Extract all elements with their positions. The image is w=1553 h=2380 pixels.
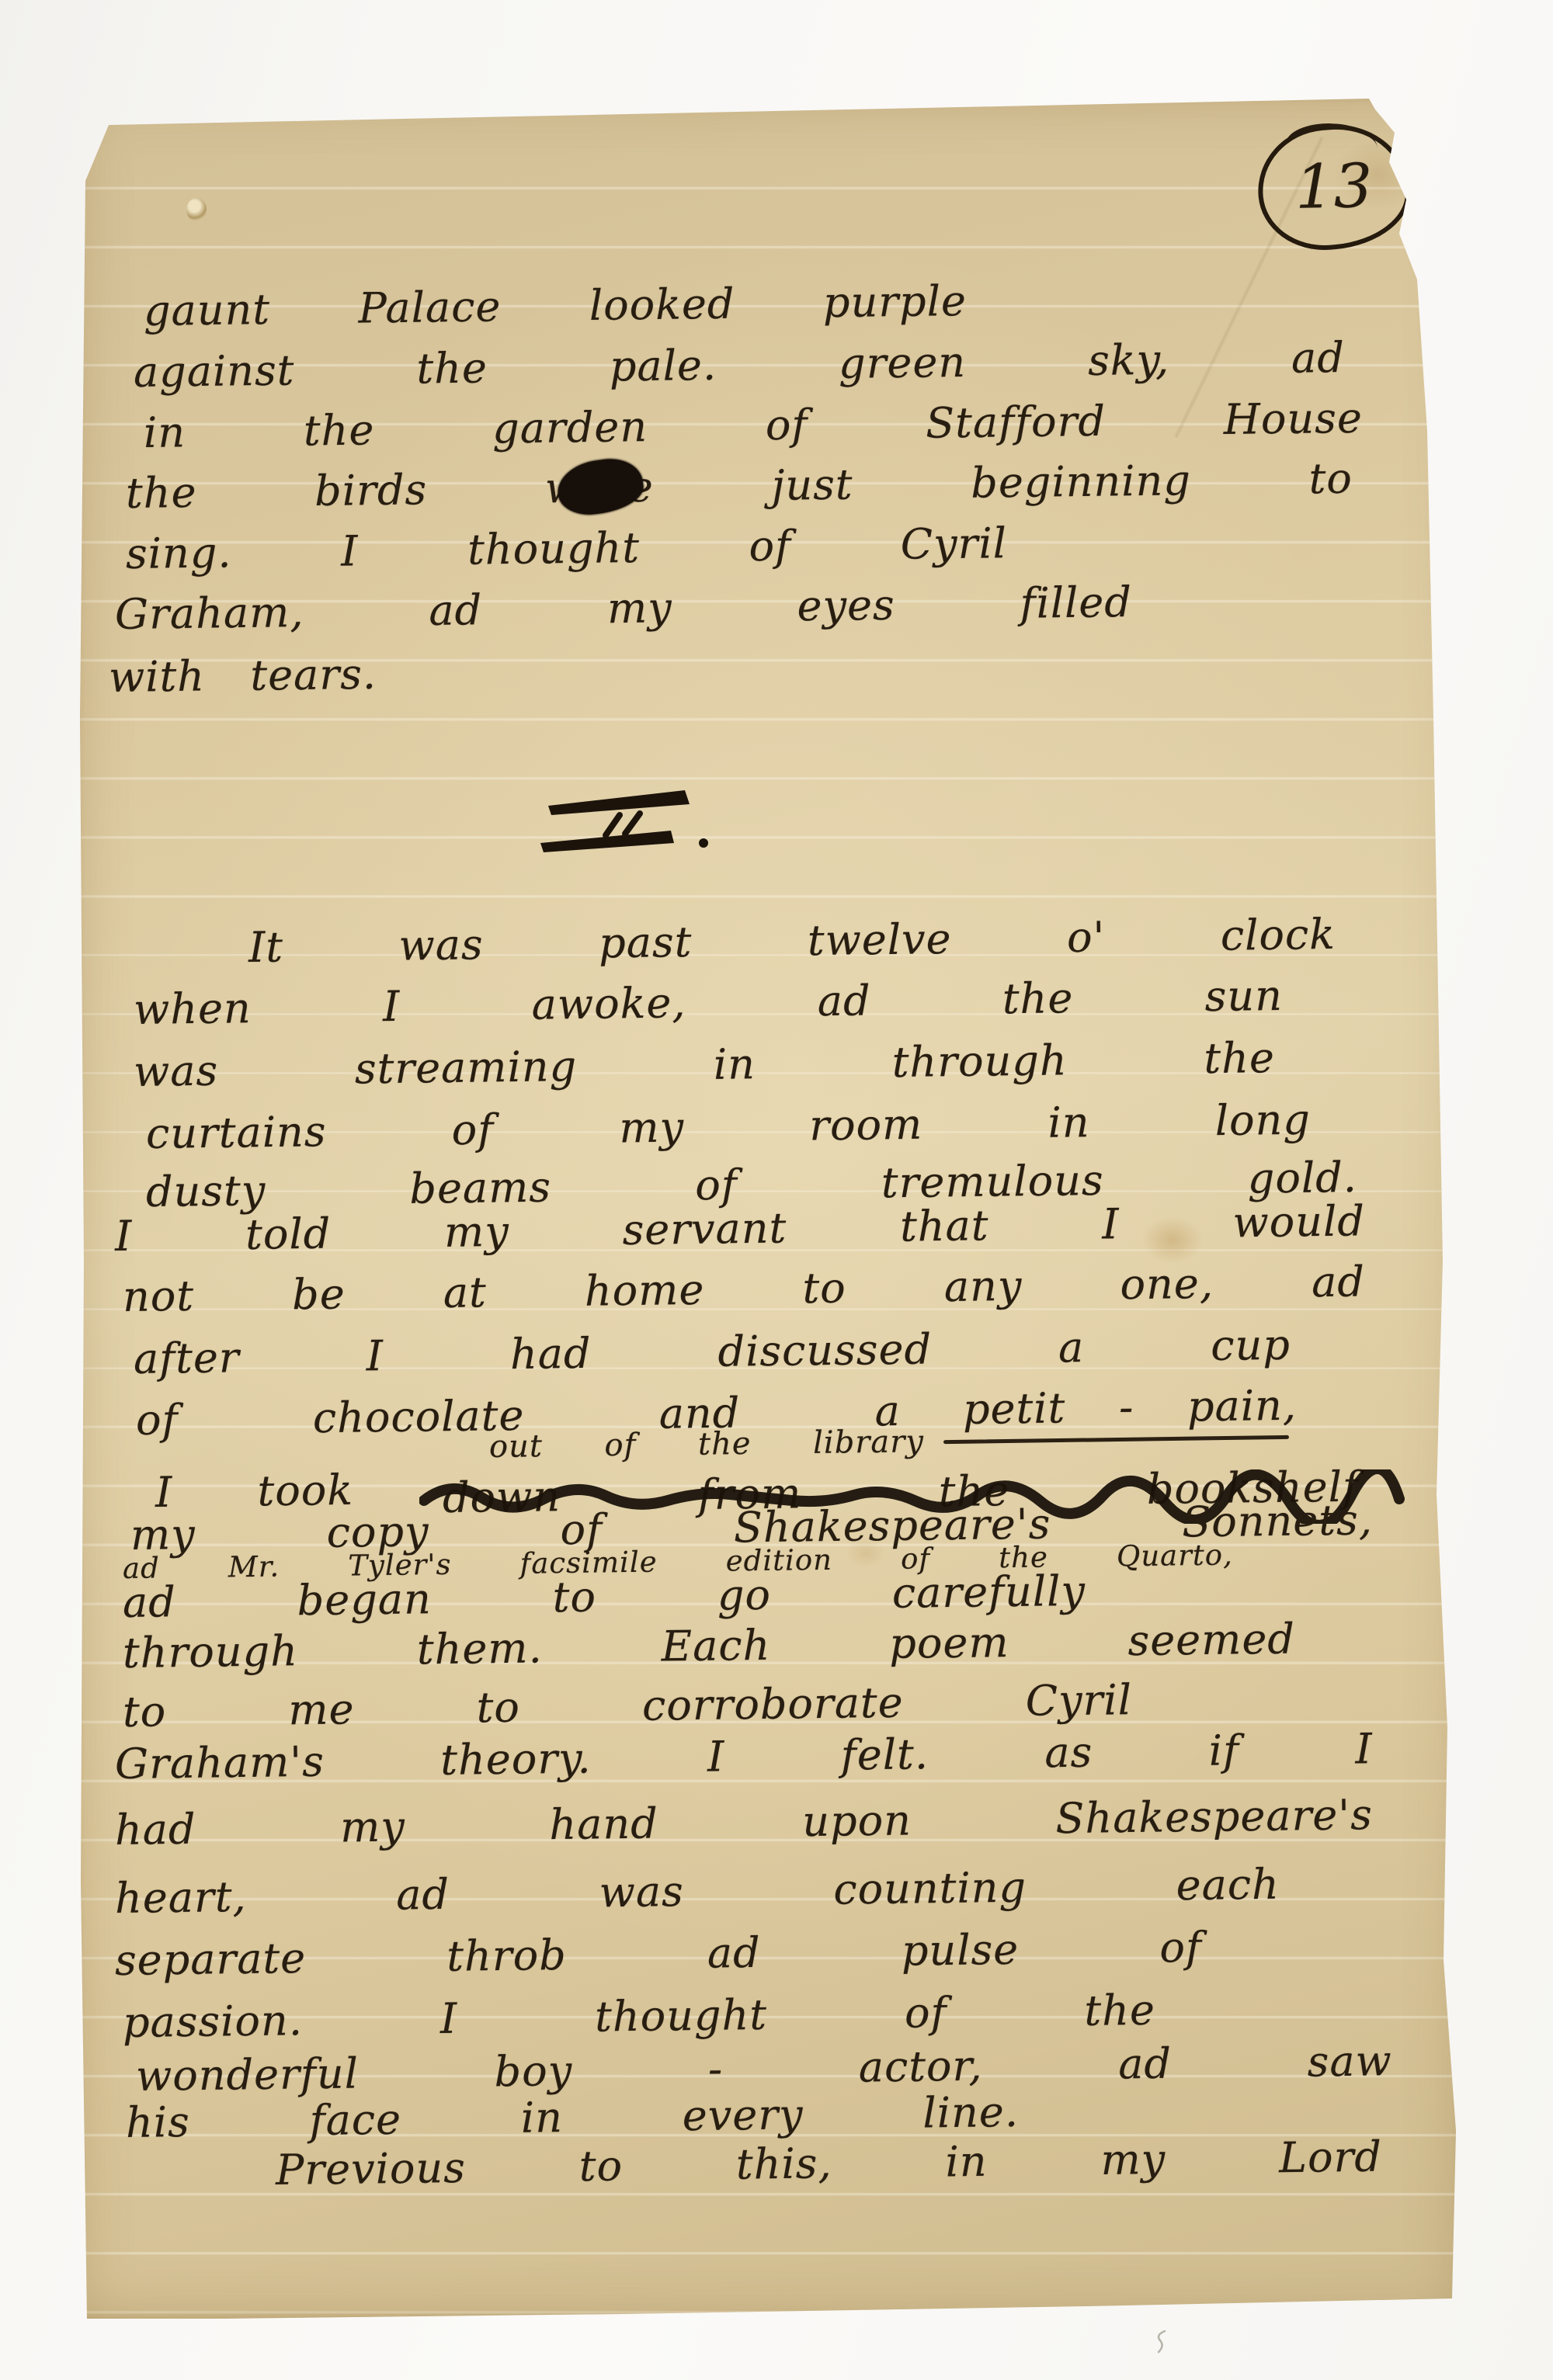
manuscript-line: sing.IthoughtofCyril	[126, 518, 1008, 580]
word: not	[123, 1271, 195, 1323]
word: of	[136, 1394, 179, 1446]
section-heading-strokes	[536, 786, 722, 863]
word: to	[578, 2141, 623, 2193]
manuscript-line: Itwaspasttwelveo'clock	[248, 909, 1336, 973]
word: in	[945, 2136, 988, 2188]
word: o'	[1067, 912, 1106, 964]
word: the	[1204, 1032, 1275, 1084]
word: theory.	[440, 1733, 592, 1786]
word: I	[1102, 1199, 1120, 1250]
manuscript-line: heart,adwascountingeach	[115, 1859, 1280, 1924]
word: my	[607, 582, 673, 634]
word: was	[134, 1046, 219, 1098]
word: pale.	[609, 340, 717, 393]
word: sky,	[1088, 335, 1170, 387]
word: any	[943, 1261, 1022, 1313]
word: thought	[595, 1990, 768, 2043]
word: I	[1355, 1723, 1373, 1775]
manuscript-line: curtainsofmyroominlong	[146, 1095, 1312, 1160]
word: discussed	[717, 1324, 932, 1377]
word: ad	[429, 585, 483, 637]
word: clock	[1221, 909, 1336, 962]
word: my	[340, 1801, 406, 1853]
word: this,	[736, 2138, 832, 2191]
word: ad	[707, 1927, 761, 1979]
word: green	[839, 337, 967, 390]
word: felt.	[840, 1729, 929, 1781]
word: ad	[1291, 332, 1346, 384]
word: each	[1176, 1859, 1280, 1912]
word: saw	[1307, 2035, 1392, 2087]
word: began	[297, 1573, 432, 1626]
manuscript-line: withtears.	[109, 649, 377, 703]
word: I	[366, 1331, 384, 1382]
word: be	[292, 1268, 346, 1320]
manuscript-line: gauntPalacelookedpurple	[144, 276, 968, 337]
word: sun	[1204, 970, 1283, 1022]
word: I	[439, 1993, 457, 2045]
word: was	[398, 919, 484, 971]
word: House	[1223, 393, 1363, 446]
word: upon	[802, 1795, 912, 1847]
petit-pain-underline	[943, 1435, 1289, 1444]
manuscript-line: passion.Ithoughtofthe	[123, 1985, 1156, 2049]
word: against	[134, 345, 295, 398]
word: ad	[817, 975, 871, 1027]
word: to	[1308, 453, 1353, 505]
word: had	[510, 1328, 592, 1380]
word: sing.	[126, 527, 232, 580]
word: ad	[396, 1869, 450, 1921]
pencil-squiggle	[1149, 2329, 1173, 2355]
word: at	[443, 1267, 487, 1319]
word: separate	[115, 1933, 307, 1986]
interlinear-insertion: outofthelibrary	[489, 1424, 925, 1465]
word: through	[123, 1625, 299, 1679]
word: Stafford	[926, 396, 1107, 449]
word: Each	[661, 1620, 770, 1673]
word: Previous	[276, 2142, 467, 2196]
word: garden	[492, 401, 648, 454]
manuscript-line: hadmyhanduponShakespeare's	[115, 1789, 1374, 1856]
word: Cyril	[1025, 1674, 1132, 1727]
word: It	[248, 921, 284, 973]
paper-dimple	[186, 198, 207, 221]
word: face	[309, 2094, 401, 2146]
word: servant	[622, 1202, 787, 1256]
word: I	[115, 1211, 133, 1262]
word: ad	[1312, 1256, 1366, 1308]
word: in	[713, 1039, 756, 1091]
word: Quarto,	[1117, 1539, 1233, 1574]
underlined-phrase: petit-pain,	[963, 1380, 1298, 1435]
word: of	[1159, 1922, 1202, 1974]
word: Graham,	[115, 587, 304, 640]
word: Graham's	[115, 1736, 325, 1790]
word: Lord	[1279, 2132, 1383, 2184]
word: heart,	[115, 1872, 247, 1924]
word: I	[383, 981, 401, 1032]
word: when	[134, 983, 252, 1036]
word: would	[1232, 1195, 1365, 1248]
word: in	[520, 2092, 563, 2144]
word: of	[905, 1987, 947, 2039]
word: a	[1058, 1322, 1085, 1373]
manuscript-line: afterIhaddiscussedacup	[134, 1320, 1291, 1385]
manuscript-line: whenIawoke,adthesun	[134, 970, 1284, 1036]
word: beginning	[971, 455, 1191, 508]
word: pulse	[901, 1924, 1019, 1977]
word: my	[619, 1102, 685, 1154]
word: twelve	[807, 914, 951, 966]
word: to	[476, 1682, 520, 1734]
manuscript-line: wasstreaminginthroughthe	[134, 1032, 1276, 1098]
word: pain,	[1187, 1380, 1298, 1433]
word: with	[109, 651, 206, 703]
word: -	[707, 2044, 723, 2095]
word: throb	[446, 1930, 567, 1983]
word: had	[115, 1804, 196, 1856]
section-heading-II: II.	[536, 786, 722, 863]
word: looked	[589, 279, 735, 331]
manuscript-line: Graham,admyeyesfilled	[115, 577, 1133, 640]
word: me	[288, 1684, 355, 1736]
word: to	[123, 1686, 167, 1738]
word: Palace	[358, 281, 502, 334]
word: petit	[963, 1383, 1066, 1435]
word: I	[707, 1731, 725, 1782]
word: the	[416, 342, 488, 394]
manuscript-line: notbeathometoanyone,ad	[123, 1256, 1366, 1323]
word: awoke,	[531, 977, 686, 1030]
word: tears.	[250, 649, 377, 702]
word: eyes	[797, 580, 895, 633]
word: passion.	[123, 1995, 304, 2049]
word: of	[765, 400, 808, 452]
word: the	[1084, 1985, 1155, 2037]
manuscript-line: separatethrobadpulseof	[115, 1922, 1203, 1986]
word: long	[1214, 1095, 1311, 1147]
word: the	[1002, 973, 1073, 1025]
word: after	[134, 1332, 240, 1385]
word: filled	[1020, 577, 1132, 630]
word: my	[444, 1206, 510, 1258]
word: library	[813, 1424, 924, 1461]
page-number-circle: 13	[1252, 119, 1414, 255]
word: counting	[833, 1862, 1027, 1916]
word: seemed	[1127, 1614, 1295, 1667]
word: actor,	[858, 2041, 982, 2094]
word: cup	[1211, 1320, 1291, 1372]
word: that	[900, 1200, 989, 1252]
word: out	[489, 1428, 543, 1465]
word: go	[717, 1570, 771, 1622]
word: I	[341, 526, 359, 577]
word: just	[771, 460, 853, 512]
word: in	[1047, 1097, 1090, 1149]
paper-sheet: 13 gauntPalacelookedpurple againstthepal…	[78, 97, 1460, 2319]
word: his	[126, 2097, 191, 2149]
word: my	[1100, 2134, 1166, 2186]
word: -	[1119, 1382, 1134, 1433]
word: boy	[494, 2045, 572, 2097]
page-number: 13	[1294, 151, 1373, 223]
word: Shakespeare's	[1055, 1789, 1373, 1844]
manuscript-line: inthegardenofStaffordHouse	[144, 393, 1364, 459]
word: past	[599, 917, 693, 969]
word: streaming	[355, 1041, 578, 1095]
word: Cyril	[900, 518, 1007, 571]
word: was	[599, 1866, 684, 1918]
word: to	[552, 1572, 596, 1624]
word: them.	[417, 1622, 544, 1675]
manuscript-line: thebirdswerejustbeginningto	[126, 453, 1353, 519]
word: to	[802, 1263, 846, 1315]
pencil-mark	[1149, 2329, 1173, 2355]
word: if	[1208, 1725, 1239, 1776]
word: every	[682, 2089, 804, 2142]
word: birds	[314, 464, 428, 517]
word: thought	[467, 522, 641, 576]
word: wonderful	[136, 2048, 360, 2102]
scanned-manuscript-page: { "manuscript": { "page_number": "13", "…	[0, 0, 1553, 2380]
word: the	[698, 1426, 752, 1462]
word: ad	[1118, 2038, 1173, 2090]
manuscript-line: againstthepale.greensky,ad	[134, 332, 1346, 398]
word: the	[126, 467, 197, 519]
word: ad	[123, 1577, 177, 1629]
word: carefully	[891, 1566, 1086, 1619]
word: gaunt	[144, 284, 271, 337]
word: through	[891, 1035, 1068, 1088]
word: curtains	[146, 1106, 327, 1160]
word: in	[144, 407, 186, 459]
word: of	[604, 1428, 636, 1463]
word: of	[749, 521, 791, 573]
word: the	[303, 404, 374, 456]
word: room	[809, 1099, 923, 1152]
word: corroborate	[642, 1677, 904, 1732]
word: hand	[549, 1798, 658, 1851]
word: home	[585, 1265, 705, 1317]
word: one,	[1120, 1258, 1214, 1310]
word: line.	[922, 2087, 1019, 2139]
word: of	[451, 1105, 494, 1157]
word: poem	[889, 1617, 1009, 1670]
word: purple	[823, 276, 968, 328]
word: as	[1044, 1727, 1093, 1779]
word: told	[245, 1209, 332, 1261]
